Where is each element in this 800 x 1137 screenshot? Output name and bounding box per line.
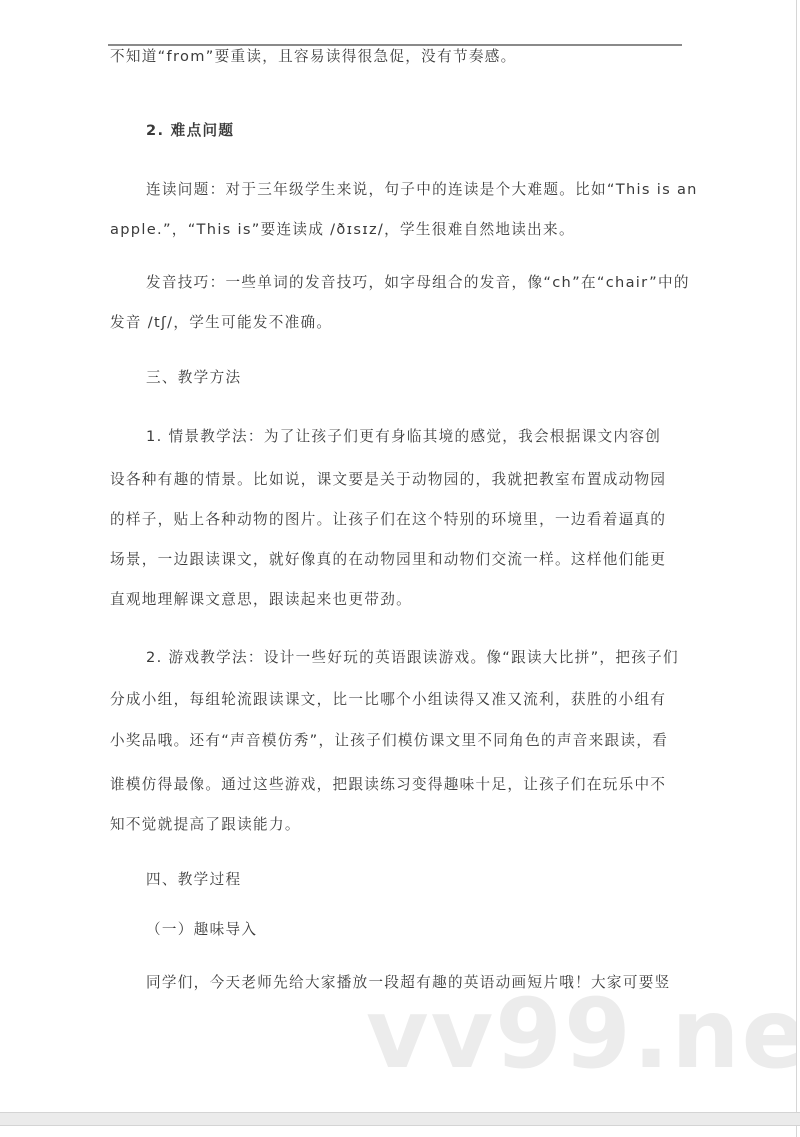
subsection-heading: （一）趣味导入 xyxy=(146,921,257,939)
section-heading: 三、教学方法 xyxy=(146,369,241,387)
paragraph-line: apple.”，“This is”要连读成 /ðɪsɪz/，学生很难自然地读出来… xyxy=(110,221,575,239)
paragraph-line: 分成小组，每组轮流跟读课文，比一比哪个小组读得又准又流利，获胜的小组有 xyxy=(110,691,666,709)
page-separator xyxy=(0,1112,800,1126)
paragraph-line: 同学们，今天老师先给大家播放一段超有趣的英语动画短片哦！大家可要竖 xyxy=(146,974,671,992)
paragraph-line: 知不觉就提高了跟读能力。 xyxy=(110,816,301,834)
paragraph-line: 连读问题：对于三年级学生来说，句子中的连读是个大难题。比如“This is an xyxy=(146,181,698,199)
section-heading: 四、教学过程 xyxy=(146,871,241,889)
paragraph-line: 1. 情景教学法：为了让孩子们更有身临其境的感觉，我会根据课文内容创 xyxy=(146,428,661,446)
watermark: vv99.net xyxy=(366,986,797,1082)
header-rule xyxy=(108,44,682,46)
paragraph-line: 发音 /tʃ/，学生可能发不准确。 xyxy=(110,314,332,332)
section-heading: 2. 难点问题 xyxy=(146,122,234,140)
paragraph-line: 直观地理解课文意思，跟读起来也更带劲。 xyxy=(110,591,412,609)
paragraph-line: 设各种有趣的情景。比如说，课文要是关于动物园的，我就把教室布置成动物园 xyxy=(110,471,666,489)
paragraph-line: 谁模仿得最像。通过这些游戏，把跟读练习变得趣味十足，让孩子们在玩乐中不 xyxy=(110,776,666,794)
paragraph-line: 场景，一边跟读课文，就好像真的在动物园里和动物们交流一样。这样他们能更 xyxy=(110,551,666,569)
document-page: 不知道“from”要重读，且容易读得很急促，没有节奏感。 2. 难点问题 连读问… xyxy=(0,0,797,1112)
paragraph-line: 的样子，贴上各种动物的图片。让孩子们在这个特别的环境里，一边看着逼真的 xyxy=(110,511,666,529)
document-viewer: 不知道“from”要重读，且容易读得很急促，没有节奏感。 2. 难点问题 连读问… xyxy=(0,0,800,1137)
paragraph-line: 发音技巧：一些单词的发音技巧，如字母组合的发音，像“ch”在“chair”中的 xyxy=(146,274,690,292)
paragraph-line: 不知道“from”要重读，且容易读得很急促，没有节奏感。 xyxy=(110,48,517,66)
next-page-top xyxy=(0,1126,797,1137)
paragraph-line: 2. 游戏教学法：设计一些好玩的英语跟读游戏。像“跟读大比拼”，把孩子们 xyxy=(146,649,679,667)
paragraph-line: 小奖品哦。还有“声音模仿秀”，让孩子们模仿课文里不同角色的声音来跟读，看 xyxy=(110,732,668,750)
